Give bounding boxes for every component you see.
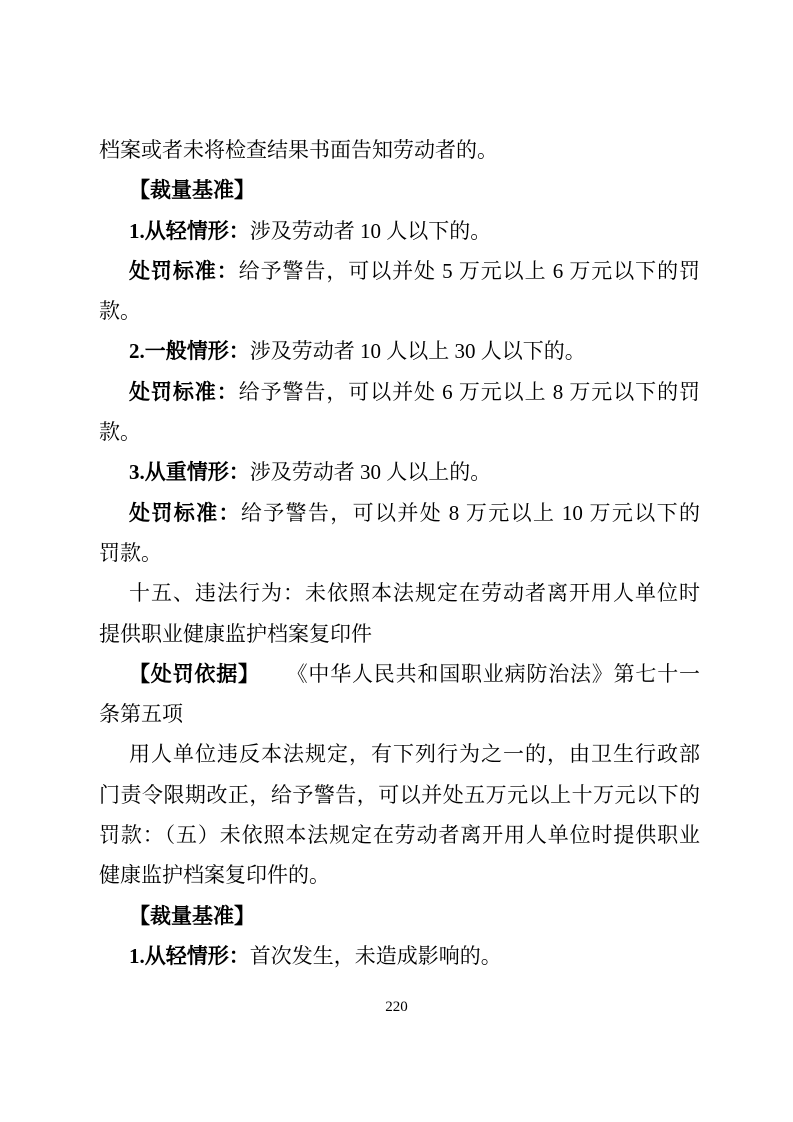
text-segment: 款。 xyxy=(99,299,141,323)
text-line: 【裁量基准】 xyxy=(99,170,700,210)
text-segment: 罚款：（五）未依照本法规定在劳动者离开用人单位时提供职业 xyxy=(99,823,700,847)
text-line: 1.从轻情形：首次发生，未造成影响的。 xyxy=(99,936,700,976)
text-segment: 用人单位违反本法规定，有下列行为之一的，由卫生行政部 xyxy=(129,742,700,766)
text-segment-bold: 1.从轻情形： xyxy=(129,944,250,968)
text-line: 门责令限期改正，给予警告，可以并处五万元以上十万元以下的 xyxy=(99,775,700,815)
text-line: 档案或者未将检查结果书面告知劳动者的。 xyxy=(99,130,700,170)
text-segment-bold: 处罚标准： xyxy=(129,501,241,525)
text-line: 【裁量基准】 xyxy=(99,896,700,936)
text-line: 处罚标准：给予警告，可以并处 8 万元以上 10 万元以下的 xyxy=(99,493,700,533)
text-segment: 给予警告，可以并处 6 万元以上 8 万元以下的罚 xyxy=(239,380,700,404)
text-line: 处罚标准：给予警告，可以并处 5 万元以上 6 万元以下的罚 xyxy=(99,251,700,291)
text-segment: 首次发生，未造成影响的。 xyxy=(250,944,502,968)
text-segment-bold: 1.从轻情形： xyxy=(129,219,250,243)
text-line: 1.从轻情形：涉及劳动者 10 人以下的。 xyxy=(99,211,700,251)
text-line: 罚款。 xyxy=(99,533,700,573)
text-segment: 健康监护档案复印件的。 xyxy=(99,863,330,887)
text-line: 提供职业健康监护档案复印件 xyxy=(99,614,700,654)
text-line: 用人单位违反本法规定，有下列行为之一的，由卫生行政部 xyxy=(99,734,700,774)
text-line: 罚款：（五）未依照本法规定在劳动者离开用人单位时提供职业 xyxy=(99,815,700,855)
text-segment: 《中华人民共和国职业病防治法》第七十一 xyxy=(286,662,700,686)
text-segment: 涉及劳动者 30 人以上的。 xyxy=(250,460,492,484)
text-segment-bold: 处罚标准： xyxy=(129,259,239,283)
text-segment: 给予警告，可以并处 8 万元以上 10 万元以下的 xyxy=(241,501,700,525)
text-segment: 门责令限期改正，给予警告，可以并处五万元以上十万元以下的 xyxy=(99,783,700,807)
text-line: 条第五项 xyxy=(99,694,700,734)
text-segment-bold: 【裁量基准】 xyxy=(129,904,255,928)
text-line: 健康监护档案复印件的。 xyxy=(99,855,700,895)
page-number: 220 xyxy=(0,997,793,1017)
text-segment: 涉及劳动者 10 人以下的。 xyxy=(250,219,492,243)
text-segment-bold: 2.一般情形： xyxy=(129,339,250,363)
text-segment: 档案或者未将检查结果书面告知劳动者的。 xyxy=(99,138,498,162)
text-segment: 涉及劳动者 10 人以上 30 人以下的。 xyxy=(250,339,586,363)
text-segment: 款。 xyxy=(99,420,141,444)
text-segment: 给予警告，可以并处 5 万元以上 6 万元以下的罚 xyxy=(239,259,700,283)
text-segment: 条第五项 xyxy=(99,702,183,726)
text-line: 3.从重情形：涉及劳动者 30 人以上的。 xyxy=(99,452,700,492)
text-segment: 罚款。 xyxy=(99,541,162,565)
text-line: 款。 xyxy=(99,412,700,452)
text-segment-bold: 处罚标准： xyxy=(129,380,239,404)
text-segment: 十五、违法行为：未依照本法规定在劳动者离开用人单位时 xyxy=(129,581,700,605)
document-page: 档案或者未将检查结果书面告知劳动者的。【裁量基准】1.从轻情形：涉及劳动者 10… xyxy=(0,0,793,1122)
text-line: 十五、违法行为：未依照本法规定在劳动者离开用人单位时 xyxy=(99,573,700,613)
text-line: 款。 xyxy=(99,291,700,331)
text-line: 2.一般情形：涉及劳动者 10 人以上 30 人以下的。 xyxy=(99,331,700,371)
text-line: 【处罚依据】《中华人民共和国职业病防治法》第七十一 xyxy=(99,654,700,694)
text-segment-bold: 3.从重情形： xyxy=(129,460,250,484)
text-segment-bold: 【裁量基准】 xyxy=(129,178,255,202)
text-segment: 提供职业健康监护档案复印件 xyxy=(99,622,372,646)
document-body: 档案或者未将检查结果书面告知劳动者的。【裁量基准】1.从轻情形：涉及劳动者 10… xyxy=(99,130,700,976)
text-segment-bold: 【处罚依据】 xyxy=(129,662,260,686)
text-line: 处罚标准：给予警告，可以并处 6 万元以上 8 万元以下的罚 xyxy=(99,372,700,412)
